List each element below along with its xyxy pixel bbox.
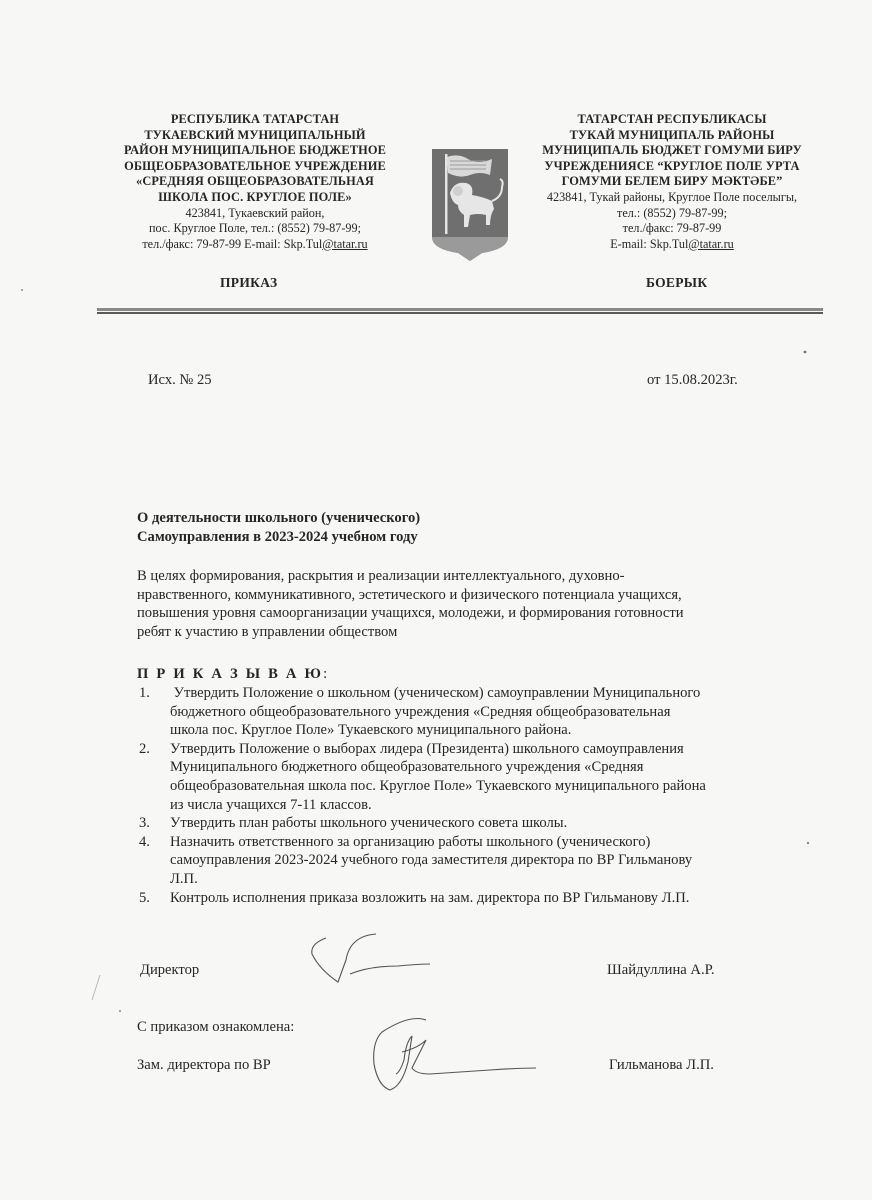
item-number: 1. xyxy=(139,684,150,703)
item-line: Утвердить Положение о выборах лидера (Пр… xyxy=(170,740,827,759)
item-line: Муниципального бюджетного общеобразовате… xyxy=(170,758,827,777)
header-right-phone: тел.: (8552) 79-87-99; xyxy=(522,206,822,222)
item-line: Утвердить план работы школьного ученичес… xyxy=(170,814,827,833)
item-number: 4. xyxy=(139,833,150,852)
director-name: Шайдуллина А.Р. xyxy=(607,962,715,979)
header-right-line: УЧРЕЖДЕНИЯСЕ “КРУГЛОЕ ПОЛЕ УРТА xyxy=(522,159,822,175)
header-right-line: МУНИЦИПАЛЬ БЮДЖЕТ ГОМУМИ БИРУ xyxy=(522,143,822,159)
subject-line: Самоуправления в 2023-2024 учебном году xyxy=(137,528,420,547)
outgoing-number: Исх. № 25 xyxy=(148,372,212,389)
order-heading-colon: : xyxy=(323,666,327,682)
item-line: Назначить ответственного за организацию … xyxy=(170,833,827,852)
acknowledgement-label: С приказом ознакомлена: xyxy=(137,1019,294,1036)
header-right-tatar: ТАТАРСТАН РЕСПУБЛИКАСЫ ТУКАЙ МУНИЦИПАЛЬ … xyxy=(522,112,822,252)
header-right-fax: тел./факс: 79-87-99 xyxy=(522,221,822,237)
item-line: из числа учащихся 7-11 классов. xyxy=(170,796,827,815)
doc-type-russian: ПРИКАЗ xyxy=(220,275,277,291)
order-item: 4. Назначить ответственного за организац… xyxy=(137,833,827,889)
document-date: от 15.08.2023г. xyxy=(647,372,738,389)
item-line: Контроль исполнения приказа возложить на… xyxy=(170,889,827,908)
header-left-line: «СРЕДНЯЯ ОБЩЕОБРАЗОВАТЕЛЬНАЯ xyxy=(95,174,415,190)
header-left-line: ТУКАЕВСКИЙ МУНИЦИПАЛЬНЫЙ xyxy=(95,128,415,144)
header-left-address: 423841, Тукаевский район, xyxy=(95,206,415,222)
header-left-line: РАЙОН МУНИЦИПАЛЬНОЕ БЮДЖЕТНОЕ xyxy=(95,143,415,159)
item-line: Л.П. xyxy=(170,870,827,889)
header-left-line: ШКОЛА ПОС. КРУГЛОЕ ПОЛЕ» xyxy=(95,190,415,206)
email-text: E-mail: Skp.Tul xyxy=(610,237,688,251)
header-left-address: пос. Круглое Поле, тел.: (8552) 79-87-99… xyxy=(95,221,415,237)
deputy-signature-icon xyxy=(360,1012,580,1094)
preamble-line: повышения уровня самоорганизации учащихс… xyxy=(137,604,817,623)
order-item: 3. Утвердить план работы школьного учени… xyxy=(137,814,827,833)
header-left-line: ОБЩЕОБРАЗОВАТЕЛЬНОЕ УЧРЕЖДЕНИЕ xyxy=(95,159,415,175)
director-signature-icon xyxy=(290,930,490,990)
director-role: Директор xyxy=(140,962,199,979)
email-link[interactable]: @tatar.ru xyxy=(322,237,367,251)
item-line: бюджетного общеобразовательного учрежден… xyxy=(170,703,827,722)
preamble-line: В целях формирования, раскрытия и реализ… xyxy=(137,567,817,586)
doc-type-tatar: БОЕРЫК xyxy=(646,275,707,291)
scanned-document-page: РЕСПУБЛИКА ТАТАРСТАН ТУКАЕВСКИЙ МУНИЦИПА… xyxy=(0,0,872,1200)
order-item: 1. Утвердить Положение о школьном (учени… xyxy=(137,684,827,740)
preamble-line: ребят к участию в управлении обществом xyxy=(137,623,817,642)
header-left-line: РЕСПУБЛИКА ТАТАРСТАН xyxy=(95,112,415,128)
header-right-address: 423841, Тукай районы, Круглое Поле посел… xyxy=(522,190,822,206)
item-line: общеобразовательная школа пос. Круглое П… xyxy=(170,777,827,796)
item-number: 5. xyxy=(139,889,150,908)
item-line: школа пос. Круглое Поле» Тукаевского мун… xyxy=(170,721,827,740)
item-line: Утвердить Положение о школьном (ученичес… xyxy=(170,684,827,703)
deputy-role: Зам. директора по ВР xyxy=(137,1057,271,1074)
item-number: 3. xyxy=(139,814,150,833)
preamble-paragraph: В целях формирования, раскрытия и реализ… xyxy=(137,567,817,642)
order-item: 5. Контроль исполнения приказа возложить… xyxy=(137,889,827,908)
item-line: самоуправления 2023-2024 учебного года з… xyxy=(170,851,827,870)
header-left-contact: тел./факс: 79-87-99 E-mail: Skp.Tul@tata… xyxy=(95,237,415,253)
order-item: 2. Утвердить Положение о выборах лидера … xyxy=(137,740,827,814)
contact-text: тел./факс: 79-87-99 E-mail: Skp.Tul xyxy=(142,237,322,251)
header-right-email: E-mail: Skp.Tul@tatar.ru xyxy=(522,237,822,253)
email-link[interactable]: @tatar.ru xyxy=(688,237,733,251)
header-divider xyxy=(97,308,823,314)
order-heading: П Р И К А З Ы В А Ю: xyxy=(137,666,327,683)
header-left-russian: РЕСПУБЛИКА ТАТАРСТАН ТУКАЕВСКИЙ МУНИЦИПА… xyxy=(95,112,415,252)
subject-line: О деятельности школьного (ученического) xyxy=(137,509,420,528)
deputy-name: Гильманова Л.П. xyxy=(609,1057,714,1074)
preamble-line: нравственного, коммуникативного, эстетич… xyxy=(137,586,817,605)
header-right-line: ТАТАРСТАН РЕСПУБЛИКАСЫ xyxy=(522,112,822,128)
item-number: 2. xyxy=(139,740,150,759)
order-heading-text: П Р И К А З Ы В А Ю xyxy=(137,666,323,682)
header-right-line: ТУКАЙ МУНИЦИПАЛЬ РАЙОНЫ xyxy=(522,128,822,144)
header-right-line: ГОМУМИ БЕЛЕМ БИРУ МӘКТӘБЕ” xyxy=(522,174,822,190)
order-items-list: 1. Утвердить Положение о школьном (учени… xyxy=(137,684,827,907)
document-subject: О деятельности школьного (ученического) … xyxy=(137,509,420,546)
coat-of-arms-icon xyxy=(428,145,512,263)
